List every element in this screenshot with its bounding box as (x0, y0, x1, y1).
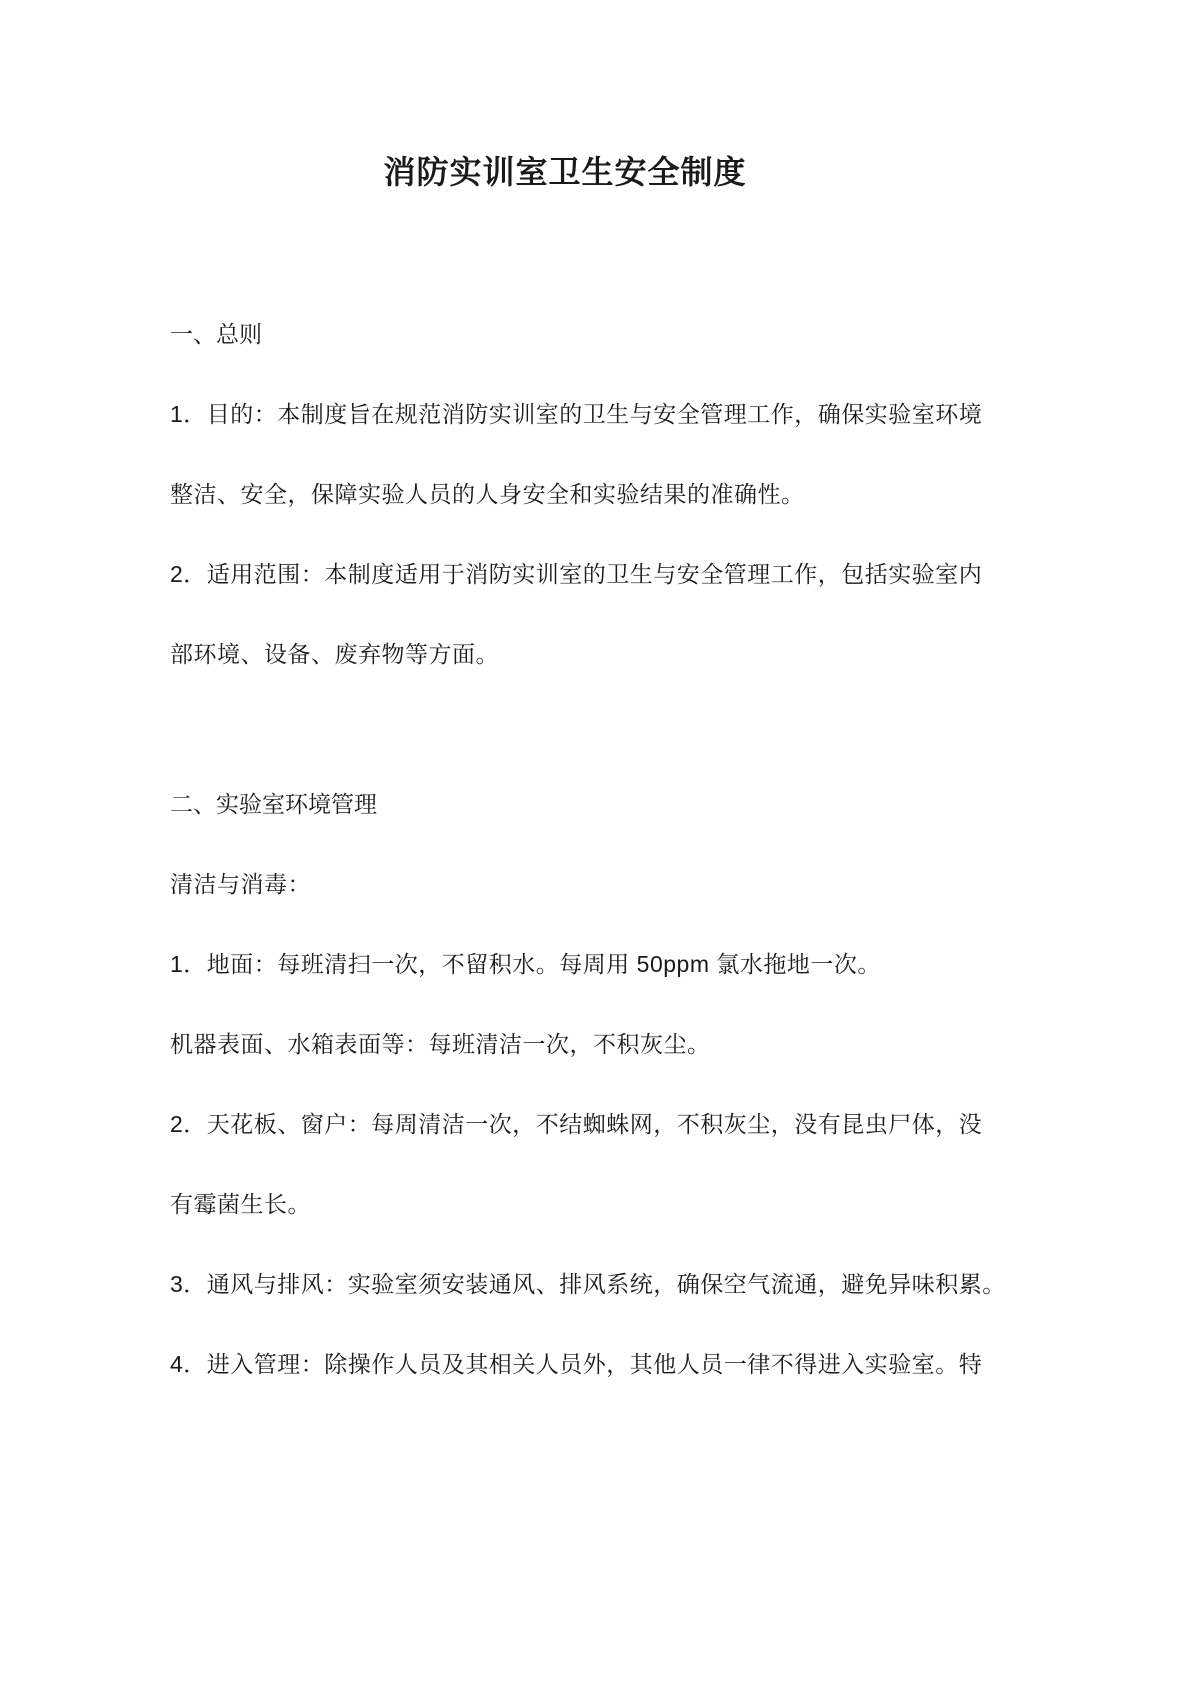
text-line: 2．天花板、窗户：每周清洁一次，不结蜘蛛网，不积灰尘，没有昆虫尸体，没 (170, 1084, 1040, 1164)
text-line: 3．通风与排风：实验室须安装通风、排风系统，确保空气流通，避免异味积累。 (170, 1244, 1040, 1324)
document-page: 消防实训室卫生安全制度 一、总则 1．目的：本制度旨在规范消防实训室的卫生与安全… (0, 0, 1190, 1683)
text-line: 有霉菌生长。 (170, 1164, 1040, 1244)
text-line: 清洁与消毒： (170, 844, 1040, 924)
section-general-rules: 一、总则 1．目的：本制度旨在规范消防实训室的卫生与安全管理工作，确保实验室环境… (170, 294, 1040, 694)
section-heading-lab-environment: 二、实验室环境管理 (170, 764, 1040, 844)
text-line: 1．目的：本制度旨在规范消防实训室的卫生与安全管理工作，确保实验室环境 (170, 374, 1040, 454)
section-heading-general-rules: 一、总则 (170, 294, 1040, 374)
text-line: 2．适用范围：本制度适用于消防实训室的卫生与安全管理工作，包括实验室内 (170, 534, 1040, 614)
text-line: 整洁、安全，保障实验人员的人身安全和实验结果的准确性。 (170, 454, 1040, 534)
text-line: 4．进入管理：除操作人员及其相关人员外，其他人员一律不得进入实验室。特 (170, 1324, 1040, 1404)
document-content: 消防实训室卫生安全制度 一、总则 1．目的：本制度旨在规范消防实训室的卫生与安全… (0, 0, 1190, 1404)
text-line: 1．地面：每班清扫一次，不留积水。每周用 50ppm 氯水拖地一次。 (170, 924, 1040, 1004)
document-title: 消防实训室卫生安全制度 (170, 150, 960, 194)
text-line: 机器表面、水箱表面等：每班清洁一次，不积灰尘。 (170, 1004, 1040, 1084)
text-line: 部环境、设备、废弃物等方面。 (170, 614, 1040, 694)
section-lab-environment: 二、实验室环境管理 清洁与消毒： 1．地面：每班清扫一次，不留积水。每周用 50… (170, 764, 1040, 1404)
